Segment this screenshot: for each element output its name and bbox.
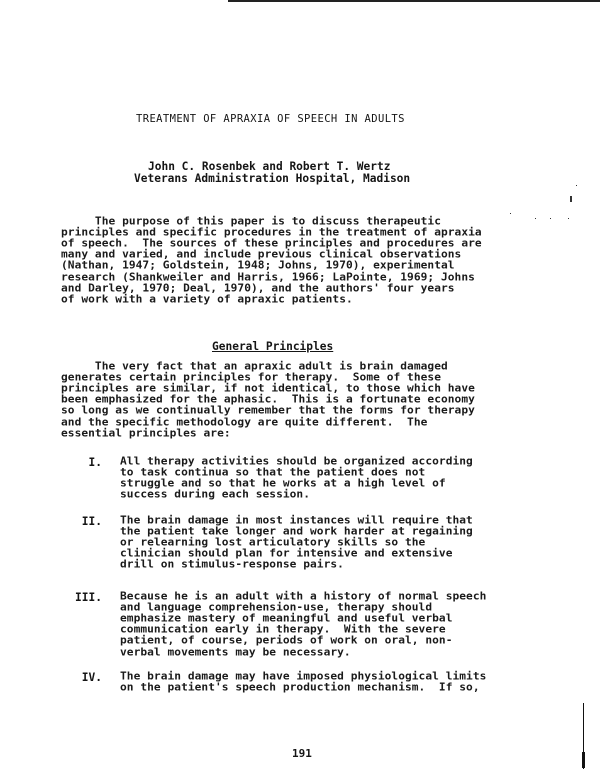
text-line: generates certain principles for therapy… [61,372,441,382]
principle-numeral: IV. [62,671,102,684]
scan-speck [568,218,569,219]
scan-edge-bar [582,752,585,768]
text-line: the patient take longer and work harder … [120,526,473,536]
scan-speck [550,218,551,219]
text-line: The brain damage in most instances will … [120,515,473,525]
text-line: or relearning lost articulatory skills s… [120,537,425,547]
text-line: been emphasized for the aphasic. This is… [61,394,475,404]
text-line: and the specific methodology are quite d… [61,417,427,427]
text-line: The purpose of this paper is to discuss … [61,216,441,226]
scan-speck [576,185,577,186]
text-line: patient, of course, periods of work on o… [120,635,453,645]
scan-speck [570,196,572,202]
text-line: research (Shankweiler and Harris, 1966; … [61,272,475,282]
principle-numeral: I. [62,456,102,469]
text-line: success during each session. [120,489,310,499]
text-line: (Nathan, 1947; Goldstein, 1948; Johns, 1… [61,260,455,270]
text-line: principles and specific procedures in th… [61,227,482,237]
text-line: and language comprehension-use, therapy … [120,602,432,612]
text-line: of speech. The sources of these principl… [61,238,482,248]
text-line: so long as we continually remember that … [61,405,475,415]
scan-edge-line [228,0,600,2]
text-line: emphasize mastery of meaningful and usef… [120,613,453,623]
principle-numeral: III. [62,591,102,604]
scan-speck [535,218,536,219]
document-title: TREATMENT OF APRAXIA OF SPEECH IN ADULTS [136,113,405,125]
scan-speck [510,213,511,214]
text-line: and Darley, 1970; Deal, 1970), and the a… [61,283,455,293]
text-line: The brain damage may have imposed physio… [120,671,486,681]
text-line: The very fact that an apraxic adult is b… [61,361,448,371]
text-line: essential principles are: [61,428,231,438]
section-heading: General Principles [212,340,333,353]
text-line: verbal movements may be necessary. [120,647,351,657]
text-line: of work with a variety of apraxic patien… [61,294,353,304]
page-number: 191 [292,747,312,760]
text-line: principles are similar, if not identical… [61,383,475,393]
principle-numeral: II. [62,515,102,528]
text-line: on the patient's speech production mecha… [120,682,480,692]
document-page: TREATMENT OF APRAXIA OF SPEECH IN ADULTS… [0,0,600,783]
text-line: clinician should plan for intensive and … [120,548,453,558]
affiliation: Veterans Administration Hospital, Madiso… [134,172,410,185]
text-line: All therapy activities should be organiz… [120,456,473,466]
text-line: struggle and so that he works at a high … [120,478,446,488]
text-line: Because he is an adult with a history of… [120,591,486,601]
text-line: many and varied, and include previous cl… [61,249,461,259]
text-line: communication early in therapy. With the… [120,624,446,634]
text-line: to task continua so that the patient doe… [120,467,425,477]
text-line: drill on stimulus-response pairs. [120,559,344,569]
